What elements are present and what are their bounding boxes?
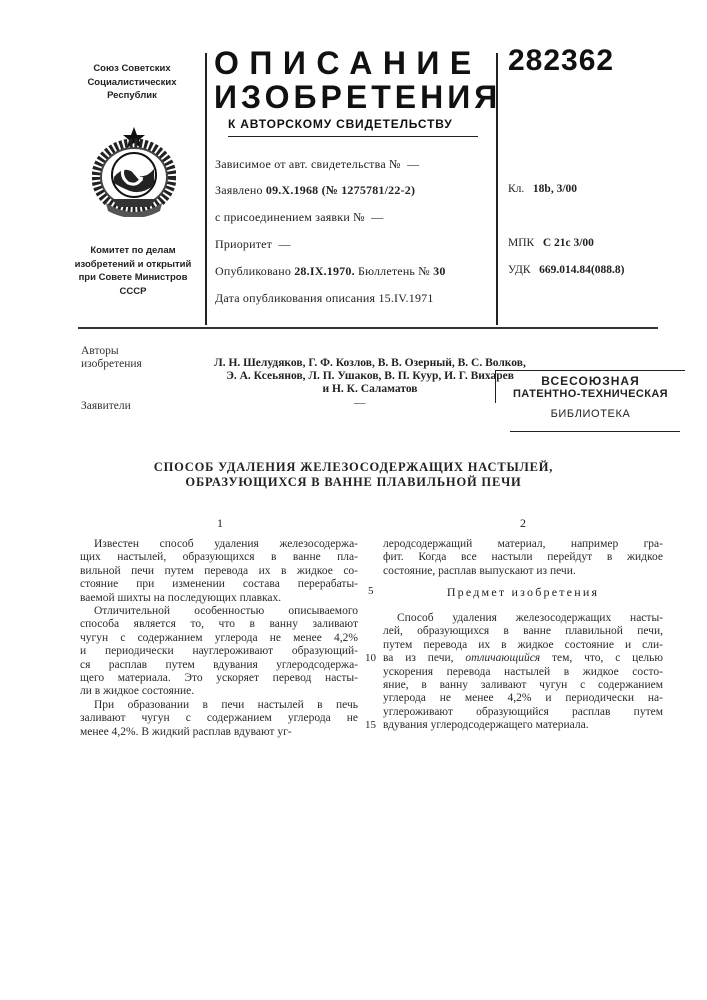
committee-line: Комитет по делам [66, 244, 200, 258]
applicants-value: — [354, 397, 366, 410]
header-rule [78, 327, 658, 329]
text-line: ваемой шихты на последующих плавках. [80, 592, 358, 605]
invention-title-line: ОБРАЗУЮЩИХСЯ В ВАННЕ ПЛАВИЛЬНОЙ ПЕЧИ [100, 475, 607, 490]
text-line: Отличительной особенностью описываемого [80, 605, 358, 618]
invention-title-line: СПОСОБ УДАЛЕНИЯ ЖЕЛЕЗОСОДЕРЖАЩИХ НАСТЫЛЕ… [100, 460, 607, 475]
text-line: стояние при изменении состава перерабаты… [80, 578, 358, 591]
claims-heading: Предмет изобретения [383, 585, 663, 600]
line-number: 10 [365, 652, 376, 664]
class-udk: УДК 669.014.84(088.8) [508, 264, 624, 276]
meta-value: — [279, 237, 291, 251]
text-line: ся расплав путем вдувания углеродсодержа… [80, 659, 358, 672]
meta-published: Опубликовано 28.IX.1970. Бюллетень № 30 [215, 264, 446, 279]
library-stamp: ВСЕСОЮЗНАЯ ПАТЕНТНО-ТЕХНИЧЕСКАЯ БИБЛИОТЕ… [495, 370, 685, 403]
text-line: и периодически науглероживают образующий… [80, 645, 358, 658]
meta-label: Зависимое от авт. свидетельства № [215, 157, 401, 171]
claim-line: ускорения перевода настылей в жидкое сос… [383, 666, 663, 679]
patent-number: 282362 [508, 44, 614, 78]
issuer-country-line: Республик [74, 89, 190, 103]
text-line: Известен способ удаления железосодержа- [80, 538, 358, 551]
meta-attached-application: с присоединением заявки № — [215, 210, 383, 225]
issuer-country-line: Союз Советских [74, 62, 190, 76]
meta-description-date: Дата опубликования описания 15.IV.1971 [215, 291, 434, 306]
stamp-line: БИБЛИОТЕКА [496, 409, 685, 420]
applicants-label: Заявители [81, 400, 131, 413]
text-line: При образовании в печи настылей в печь [80, 699, 358, 712]
stamp-rule [510, 431, 680, 432]
stamp-line: ВСЕСОЮЗНАЯ [496, 375, 685, 388]
text-line: щих настылей, образующихся в ванне пла- [80, 551, 358, 564]
text-line: щего материала. Это ускоряет перевод нас… [80, 672, 358, 685]
vertical-divider-left [205, 53, 207, 325]
claim-line: лей, образующихся в ванне плавильной печ… [383, 625, 663, 638]
document-title-line2: ИЗОБРЕТЕНИЯ [214, 79, 501, 115]
text-line: состояние, расплав выпускают из печи. [383, 565, 663, 578]
class-kl: Кл. 18b, 3/00 [508, 183, 577, 195]
issuer-committee: Комитет по делам изобретений и открытий … [66, 244, 200, 298]
claim-line: вдувания углеродсодержащего материала. [383, 719, 663, 732]
column-2-text: леродсодержащий материал, например гра-ф… [383, 538, 663, 578]
published-date: 28.IX.1970. [294, 264, 355, 278]
committee-line: СССР [66, 285, 200, 299]
issuer-country-line: Социалистических [74, 76, 190, 90]
text-line: заливают чугун с содержанием углерода не [80, 712, 358, 725]
meta-value: — [407, 157, 419, 171]
meta-filed: Заявлено 09.X.1968 (№ 1275781/22-2) [215, 183, 415, 198]
claims-text: Способ удаления железосодержащих насты-л… [383, 612, 663, 733]
stamp-line: ПАТЕНТНО-ТЕХНИЧЕСКАЯ [496, 388, 685, 400]
subtitle-rule [228, 136, 478, 137]
meta-label: Опубликовано [215, 264, 291, 278]
class-label: УДК [508, 264, 531, 276]
meta-label: с присоединением заявки № [215, 210, 365, 224]
meta-label: Приоритет [215, 237, 272, 251]
column-number-1: 1 [210, 516, 230, 531]
bulletin-label: Бюллетень № [358, 264, 430, 278]
claim-line: путем перевода их в жидкое состояние и с… [383, 639, 663, 652]
filed-date: 09.X.1968 [266, 183, 318, 197]
text-line: менее 4,2%. В жидкий расплав вдувают уг- [80, 726, 358, 739]
document-subtitle: К АВТОРСКОМУ СВИДЕТЕЛЬСТВУ [228, 117, 452, 131]
invention-title: СПОСОБ УДАЛЕНИЯ ЖЕЛЕЗОСОДЕРЖАЩИХ НАСТЫЛЕ… [100, 460, 607, 490]
meta-priority: Приоритет — [215, 237, 291, 252]
text-line: чугун с содержанием углерода не менее 4,… [80, 632, 358, 645]
authors-label-line: Авторы [81, 345, 142, 358]
meta-label: Заявлено [215, 183, 263, 197]
committee-line: изобретений и открытий [66, 258, 200, 272]
meta-label: Дата опубликования описания [215, 291, 375, 305]
class-mpk: МПК C 21c 3/00 [508, 237, 594, 249]
meta-value: — [371, 210, 383, 224]
class-label: Кл. [508, 183, 524, 195]
claim-line: яние, в ванну заливают чугун с содержани… [383, 679, 663, 692]
claim-line: Способ удаления железосодержащих насты- [383, 612, 663, 625]
text-line: ли в жидкое состояние. [80, 685, 358, 698]
meta-value: 15.IV.1971 [378, 291, 433, 305]
claim-distinguishing-word: отличающийся [465, 652, 540, 664]
committee-line: при Совете Министров [66, 271, 200, 285]
document-title-line1: ОПИСАНИЕ [214, 45, 482, 81]
text-line: вильной печи путем перевода их в жидкое … [80, 565, 358, 578]
issuer-country: Союз Советских Социалистических Республи… [74, 62, 190, 103]
claim-line: углерода не менее 4,2% и периодически на… [383, 692, 663, 705]
class-label: МПК [508, 237, 534, 249]
application-number: (№ 1275781/22-2) [322, 183, 416, 197]
bulletin-number: 30 [433, 264, 445, 278]
text-line: фит. Когда все настыли перейдут в жидкое [383, 551, 663, 564]
line-number: 5 [368, 585, 374, 597]
authors-label-line: изобретения [81, 358, 142, 371]
ussr-emblem-icon [92, 125, 176, 217]
text-line: леродсодержащий материал, например гра- [383, 538, 663, 551]
column-1-text: Известен способ удаления железосодержа-щ… [80, 538, 358, 739]
line-number: 15 [365, 719, 376, 731]
authors-label: Авторы изобретения [81, 345, 142, 371]
class-value: 669.014.84(088.8) [539, 264, 624, 276]
claim-line: ва из печи, отличающийся тем, что, с цел… [383, 652, 663, 665]
class-value: C 21c 3/00 [543, 237, 594, 249]
claim-line: углероживают образующийся расплав путем [383, 706, 663, 719]
text-line: способа является то, что в ванну заливаю… [80, 618, 358, 631]
column-number-2: 2 [513, 516, 533, 531]
class-value: 18b, 3/00 [533, 183, 577, 195]
meta-dependent: Зависимое от авт. свидетельства № — [215, 157, 419, 172]
author-line: Л. Н. Шелудяков, Г. Ф. Козлов, В. В. Озе… [180, 357, 560, 370]
